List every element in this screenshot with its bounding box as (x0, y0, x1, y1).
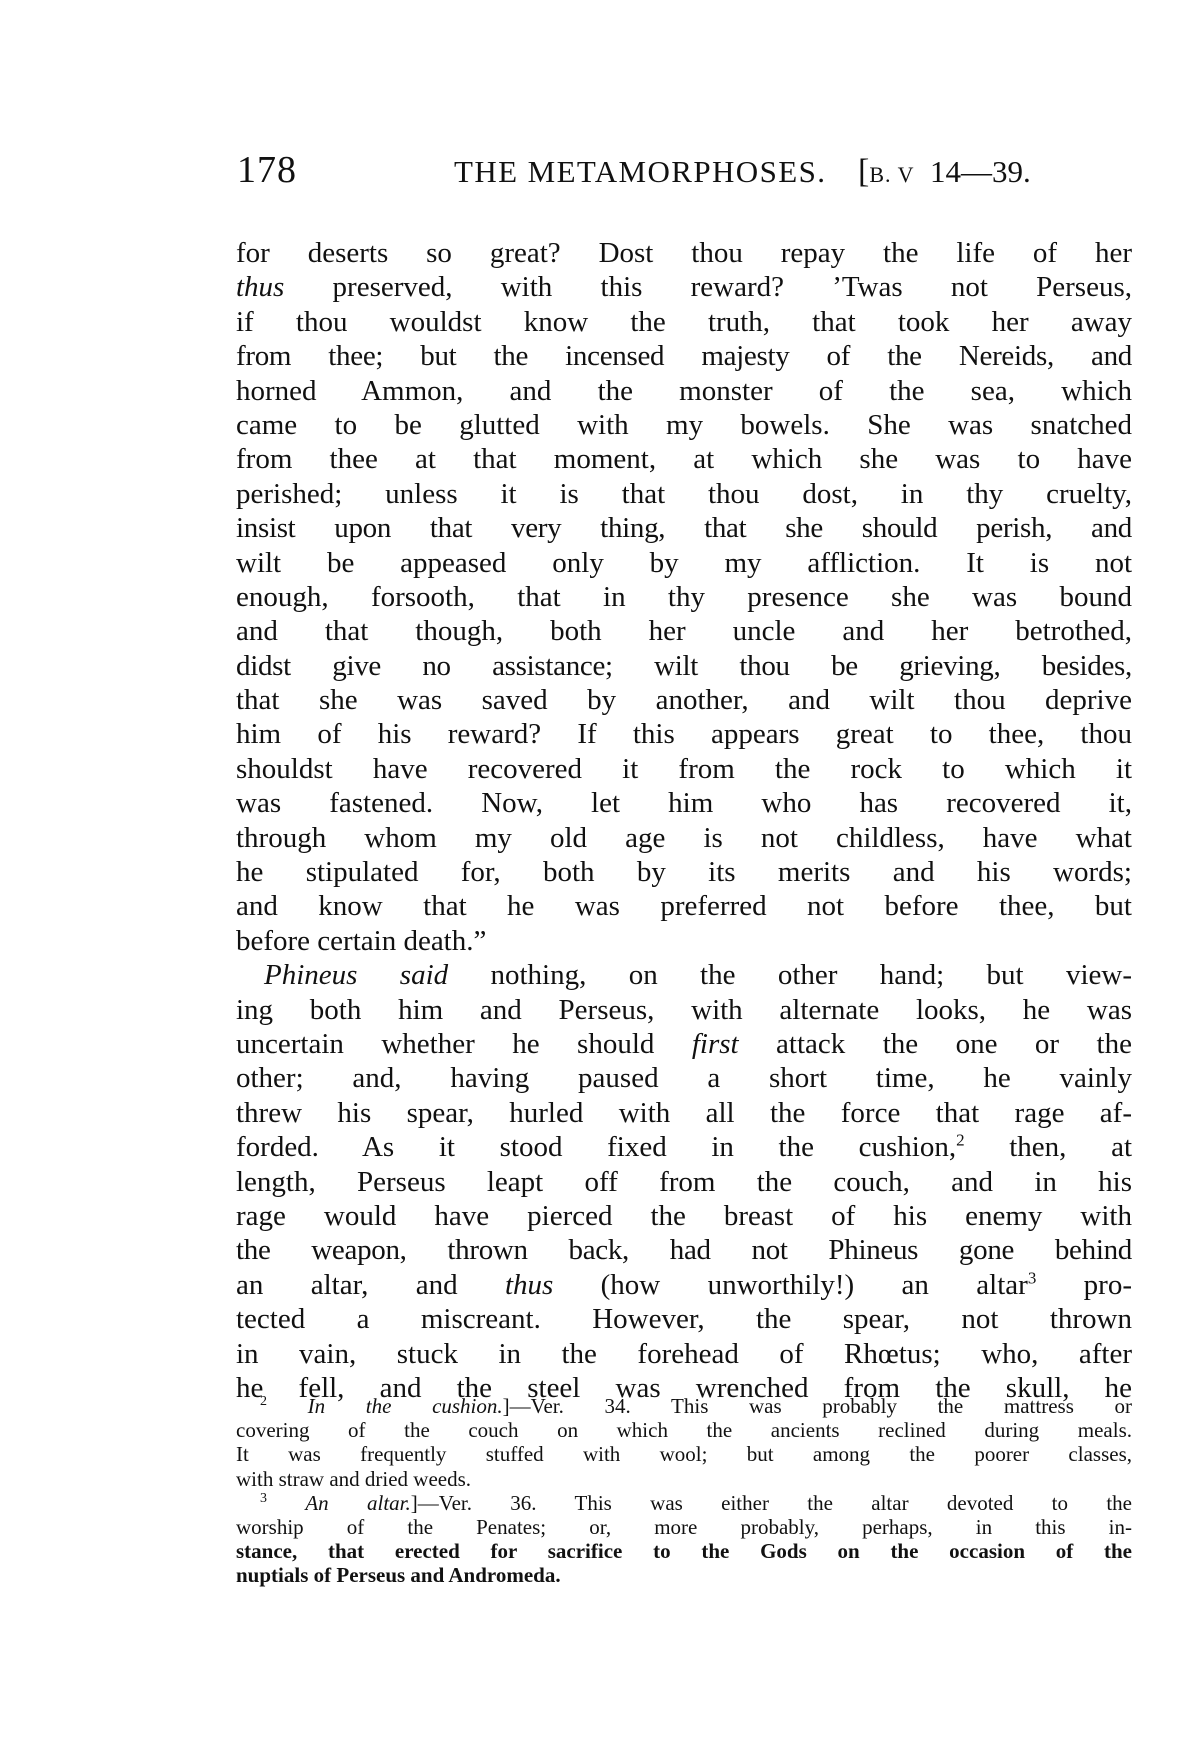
text-line: in vain, stuck in the forehead of Rhœtus… (236, 1337, 1132, 1371)
body-text: for deserts so great? Dost thou repay th… (236, 236, 1132, 1405)
italic-emphasis: first (692, 1028, 739, 1060)
section-book: B. V (869, 162, 914, 187)
text-line: and that though, both her uncle and her … (236, 614, 1132, 648)
text-line: he stipulated for, both by its merits an… (236, 855, 1132, 889)
text-line: threw his spear, hurled with all the for… (236, 1096, 1132, 1130)
section-bracket: [ (858, 153, 869, 190)
text-line: came to be glutted with my bowels. She w… (236, 408, 1132, 442)
text-line: from thee at that moment, at which she w… (236, 442, 1132, 476)
text-line: horned Ammon, and the monster of the sea… (236, 374, 1132, 408)
text-line: and know that he was preferred not befor… (236, 889, 1132, 923)
book-page: 178 THE METAMORPHOSES. [B. V 14—39. for … (0, 0, 1195, 1762)
italic-emphasis: Phineus said (264, 959, 448, 991)
text-line: uncertain whether he should first attack… (236, 1027, 1132, 1061)
text-line: was fastened. Now, let him who has recov… (236, 786, 1132, 820)
footnote-line: with straw and dried weeds. (236, 1467, 1132, 1491)
italic-emphasis: thus (236, 271, 284, 303)
footnote-lemma: An altar. (305, 1491, 410, 1515)
text-line: perished; unless it is that thou dost, i… (236, 477, 1132, 511)
text-line: the weapon, thrown back, had not Phineus… (236, 1233, 1132, 1267)
section-reference: [B. V 14—39. (858, 152, 1031, 195)
text-line: didst give no assistance; wilt thou be g… (236, 649, 1132, 683)
text-line: tected a miscreant. However, the spear, … (236, 1302, 1132, 1336)
footnote-lemma: In the cushion. (308, 1394, 503, 1418)
footnote-line: stance, that erected for sacrifice to th… (236, 1539, 1132, 1563)
text-line: from thee; but the incensed majesty of t… (236, 339, 1132, 373)
text-line: thus preserved, with this reward? ’Twas … (236, 270, 1132, 304)
text-line: before certain death.” (236, 924, 1132, 958)
footnote-3-start: 3 An altar.]—Ver. 36. This was either th… (236, 1491, 1132, 1515)
text-line: ing both him and Perseus, with alternate… (236, 993, 1132, 1027)
paragraph-start-line: Phineus said nothing, on the other hand;… (236, 958, 1132, 992)
text-line: shouldst have recovered it from the rock… (236, 752, 1132, 786)
text-line: insist upon that very thing, that she sh… (236, 511, 1132, 545)
footnote-marker: 3 (260, 1491, 267, 1506)
text-line: other; and, having paused a short time, … (236, 1061, 1132, 1095)
text-line: wilt be appeased only by my affliction. … (236, 546, 1132, 580)
footnote-line: worship of the Penates; or, more probabl… (236, 1515, 1132, 1539)
text-line: him of his reward? If this appears great… (236, 717, 1132, 751)
text-line: that she was saved by another, and wilt … (236, 683, 1132, 717)
running-title: THE METAMORPHOSES. (454, 152, 826, 192)
running-header: 178 THE METAMORPHOSES. [B. V 14—39. (237, 148, 1132, 192)
footnote-line: It was frequently stuffed with wool; but… (236, 1442, 1132, 1466)
page-number: 178 (237, 148, 297, 192)
text-line: rage would have pierced the breast of hi… (236, 1199, 1132, 1233)
footnote-line: nuptials of Perseus and Andromeda. (236, 1563, 1132, 1587)
text-line: forded. As it stood fixed in the cushion… (236, 1130, 1132, 1164)
footnote-line: covering of the couch on which the ancie… (236, 1418, 1132, 1442)
footnote-marker: 2 (260, 1394, 267, 1409)
text-line: length, Perseus leapt off from the couch… (236, 1165, 1132, 1199)
text-line: an altar, and thus (how unworthily!) an … (236, 1268, 1132, 1302)
footnote-2-start: 2 In the cushion.]—Ver. 34. This was pro… (236, 1394, 1132, 1418)
italic-emphasis: thus (505, 1269, 553, 1301)
text-line: for deserts so great? Dost thou repay th… (236, 236, 1132, 270)
section-lines: 14—39. (930, 154, 1031, 189)
footnotes: 2 In the cushion.]—Ver. 34. This was pro… (236, 1394, 1132, 1588)
footnote-ref-2[interactable]: 2 (956, 1131, 965, 1150)
text-line: through whom my old age is not childless… (236, 821, 1132, 855)
text-line: if thou wouldst know the truth, that too… (236, 305, 1132, 339)
text-line: enough, forsooth, that in thy presence s… (236, 580, 1132, 614)
